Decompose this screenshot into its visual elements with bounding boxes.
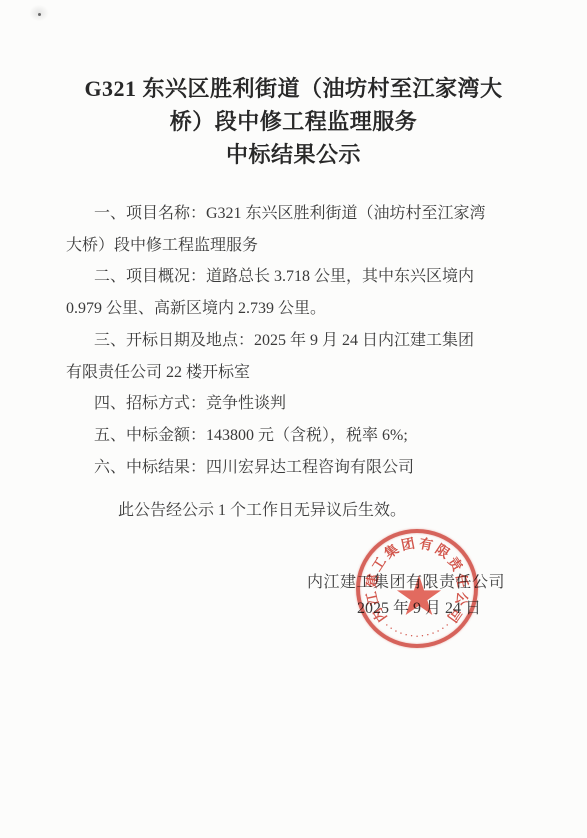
paragraph-line: 二、项目概况：道路总长 3.718 公里，其中东兴区境内 <box>66 261 529 293</box>
company-seal: 内江建工集团有限责任公司 ••••••••••••• <box>356 529 478 648</box>
seal-serial-marks: ••••••••••••• <box>356 529 478 648</box>
document-title-line-2: 桥）段中修工程监理服务 <box>0 105 587 138</box>
paragraph-line: 四、招标方式：竞争性谈判 <box>66 388 529 420</box>
paragraph-line: 大桥）段中修工程监理服务 <box>66 230 529 262</box>
paragraph-line: 有限责任公司 22 楼开标室 <box>66 357 529 389</box>
paragraph-line: 一、项目名称：G321 东兴区胜利街道（油坊村至江家湾 <box>66 198 529 230</box>
paragraph-line: 三、开标日期及地点：2025 年 9 月 24 日内江建工集团 <box>66 325 529 357</box>
paragraph-line: 五、中标金额：143800 元（含税），税率 6%; <box>66 420 529 452</box>
document-body: 一、项目名称：G321 东兴区胜利街道（油坊村至江家湾 大桥）段中修工程监理服务… <box>66 198 529 527</box>
closing-statement: 此公告经公示 1 个工作日无异议后生效。 <box>66 495 529 527</box>
document-title-line-3: 中标结果公示 <box>0 138 587 171</box>
scan-smudge-dot <box>38 13 41 16</box>
document-title: G321 东兴区胜利街道（油坊村至江家湾大 桥）段中修工程监理服务 中标结果公示 <box>0 72 587 171</box>
paragraph-line: 六、中标结果：四川宏昇达工程咨询有限公司 <box>66 452 529 484</box>
paragraph-line: 0.979 公里、高新区境内 2.739 公里。 <box>66 293 529 325</box>
document-page: G321 东兴区胜利街道（油坊村至江家湾大 桥）段中修工程监理服务 中标结果公示… <box>0 0 587 838</box>
document-title-line-1: G321 东兴区胜利街道（油坊村至江家湾大 <box>0 72 587 105</box>
